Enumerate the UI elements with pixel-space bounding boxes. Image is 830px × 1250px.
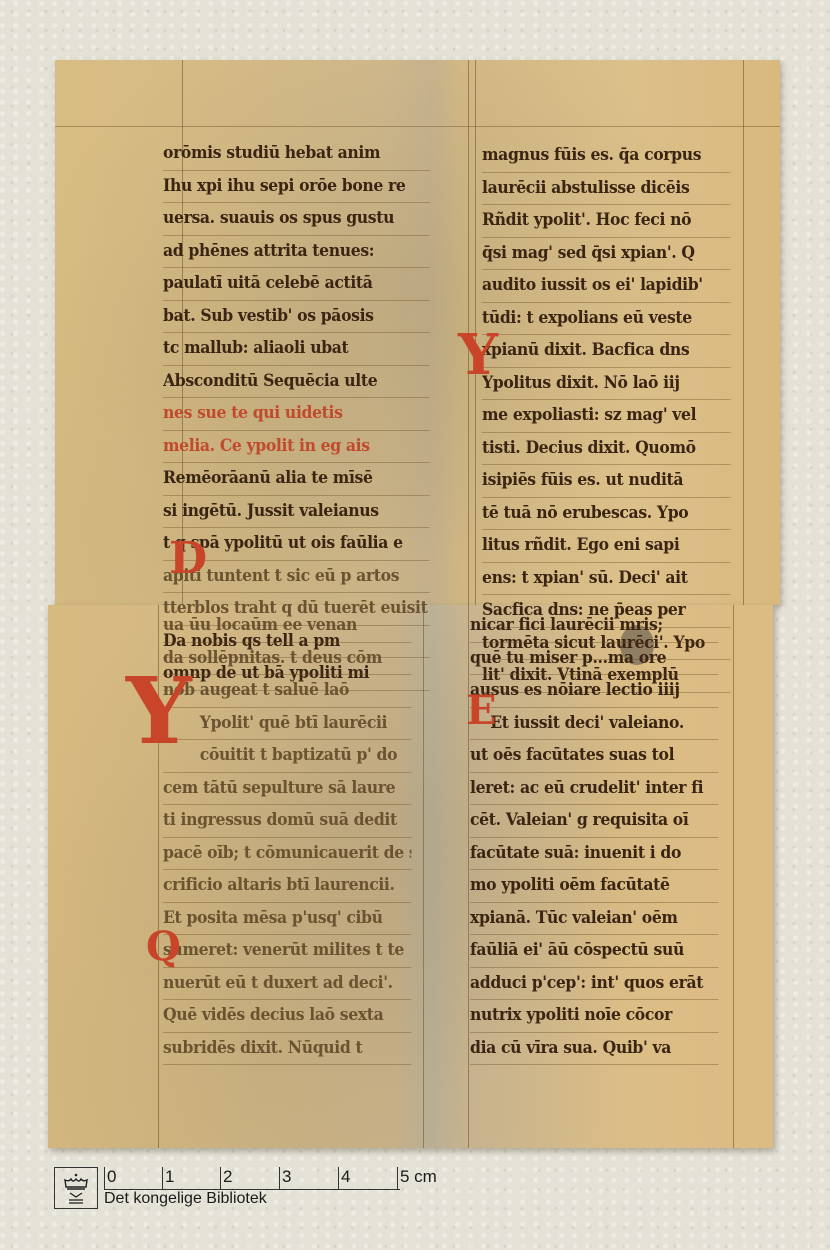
text-line: me expoliasti: sz mag' vel	[482, 400, 730, 433]
text-line: uersa. suauis os spus gustu	[163, 203, 430, 236]
ruler-tick-label: 5 cm	[397, 1167, 437, 1187]
ruler-tick-label: 4	[338, 1167, 350, 1187]
text-line: sumeret: venerūt milites t te	[163, 935, 411, 968]
rubricated-initial-y-large: Y	[126, 665, 192, 757]
text-line: litus rñdit. Ego eni sapi	[482, 530, 730, 563]
text-line: laurēcii abstulisse dicēis	[482, 173, 730, 206]
text-line: Et iussit deci' valeiano.	[470, 708, 718, 741]
text-line: tē tuā nō erubescas. Ypo	[482, 498, 730, 531]
text-line: ausus es nōiare lectio iiij	[470, 675, 718, 708]
text-line: dia cū vīra sua. Quib' va	[470, 1033, 718, 1066]
ruling-line	[55, 126, 780, 127]
text-line: ua ūu locaūm ee venan	[163, 610, 411, 643]
text-column-right-bottom: nicar fici laurēcii mris; quē tu miser p…	[470, 610, 740, 1065]
text-line: Et posita mēsa p'usq' cibū	[163, 903, 411, 936]
text-line: Quē vidēs decius laō sexta	[163, 1000, 411, 1033]
royal-crown-icon	[54, 1167, 98, 1209]
text-line: audito iussit os ei' lapidib'	[482, 270, 730, 303]
text-line: cēt. Valeian' g requisita oī	[470, 805, 718, 838]
text-line: da sollēpnitas. t deus cōm	[163, 643, 411, 676]
text-line: ti ingressus domū suā dedit	[163, 805, 411, 838]
rubricated-initial-y: Y	[458, 322, 498, 388]
ruler-tick-label: 0	[104, 1167, 116, 1187]
text-line: xpianū dixit. Bacfica dns	[482, 335, 730, 368]
text-line: Ihu xpi ihu sepi orōe bone re	[163, 171, 430, 204]
text-line: magnus fūis es. q̄a corpus	[482, 140, 730, 173]
text-line: nob augeat t saluē laō	[163, 675, 411, 708]
text-line: isipiēs fūis es. ut nuditā	[482, 465, 730, 498]
text-line: ens: t xpian' sū. Deci' ait	[482, 563, 730, 596]
text-line: cōuitit t baptizatū p' do	[163, 740, 411, 773]
text-line: adduci p'cep': int' quos erāt	[470, 968, 718, 1001]
ruler-tick-label: 1	[162, 1167, 174, 1187]
text-line: tūdi: t expolians eū veste	[482, 303, 730, 336]
rubricated-initial-q: Q	[146, 923, 181, 970]
rubric-line: nes sue te qui uidetis	[163, 398, 430, 431]
text-line: Ypolitus dixit. Nō laō iij	[482, 368, 730, 401]
text-line: tc mallub: aliaoli ubat	[163, 333, 430, 366]
text-line: xpianā. Tūc valeian' oēm	[470, 903, 718, 936]
text-line: q̄si mag' sed q̄si xpian'. Q	[482, 238, 730, 271]
text-line: nuerūt eū t duxert ad deci'.	[163, 968, 411, 1001]
text-column-left-top: orōmis studiū hebat anim Ihu xpi ihu sep…	[163, 138, 453, 691]
scale-bar: 0 1 2 3 4 5 cm Det kongelige Bibliotek	[52, 1165, 472, 1215]
rubricated-initial-e: E	[466, 687, 497, 734]
text-line: crificio altaris btī laurencii.	[163, 870, 411, 903]
text-line: nicar fici laurēcii mris;	[470, 610, 718, 643]
text-line: faūliā ei' āū cōspectū suū	[470, 935, 718, 968]
text-line: leret: ac eū crudelit' inter fi	[470, 773, 718, 806]
text-line: orōmis studiū hebat anim	[163, 138, 430, 171]
manuscript-leaf-top: orōmis studiū hebat anim Ihu xpi ihu sep…	[55, 60, 780, 605]
institution-name: Det kongelige Bibliotek	[104, 1190, 267, 1208]
text-line: subridēs dixit. Nūquid t	[163, 1033, 411, 1066]
text-line: nutrix ypoliti noīe cōcor	[470, 1000, 718, 1033]
text-line: ut oēs facūtates suas tol	[470, 740, 718, 773]
manuscript-leaf-bottom: ua ūu locaūm ee venan da sollēpnitas. t …	[48, 605, 773, 1148]
text-line: facūtate suā: inuenit i do	[470, 838, 718, 871]
ruler-tick-label: 2	[220, 1167, 232, 1187]
text-line: mo ypoliti oēm facūtatē	[470, 870, 718, 903]
rubricated-initial-d: D	[169, 533, 207, 584]
text-line: Rñdit ypolit'. Hoc feci nō	[482, 205, 730, 238]
text-column-left-bottom: ua ūu locaūm ee venan da sollēpnitas. t …	[163, 610, 433, 1065]
cm-ruler: 0 1 2 3 4 5 cm	[104, 1167, 400, 1190]
text-line: Ypolit' quē btī laurēcii	[163, 708, 411, 741]
text-line: bat. Sub vestib' os pāosis	[163, 301, 430, 334]
text-line: Remēorāanū alia te mīsē	[163, 463, 430, 496]
ruler-tick-label: 3	[279, 1167, 291, 1187]
text-line: quē tu miser p...ma ore	[470, 643, 718, 676]
text-line: ad phēnes attrita tenues:	[163, 236, 430, 269]
text-line: tisti. Decius dixit. Quomō	[482, 433, 730, 466]
text-line: pacē oīb; t cōmunicauerit de sa	[163, 838, 411, 871]
text-line: Absconditū Sequēcia ulte	[163, 366, 430, 399]
rubric-line: melia. Ce ypolit in eg ais	[163, 431, 430, 464]
text-line: si ingētū. Jussit valeianus	[163, 496, 430, 529]
text-line: paulatī uitā celebē actitā	[163, 268, 430, 301]
text-line: cem tātū sepulture sā laure	[163, 773, 411, 806]
